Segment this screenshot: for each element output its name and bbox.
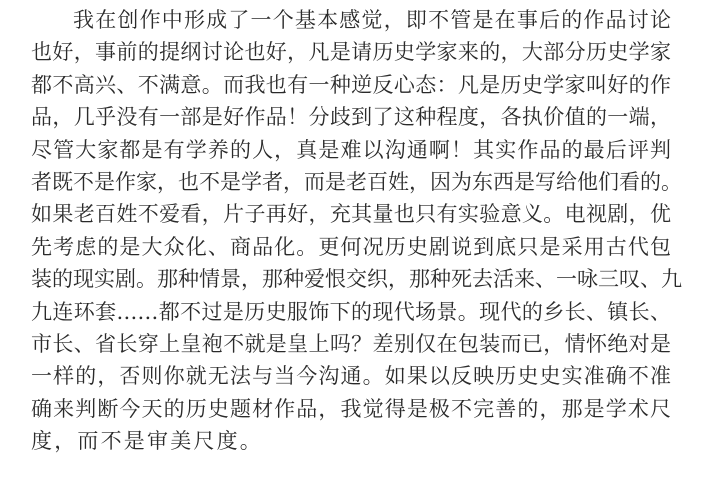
text-line: 尽管大家都是有学养的人，真是难以沟通啊！其实作品的最后评判 bbox=[31, 134, 671, 166]
text-line: 者既不是作家，也不是学者，而是老百姓，因为东西是写给他们看的。 bbox=[31, 166, 671, 198]
text-line: 九连环套……都不过是历史服饰下的现代场景。现代的乡长、镇长、 bbox=[31, 296, 671, 328]
text-line: 确来判断今天的历史题材作品，我觉得是极不完善的，那是学术尺 bbox=[31, 393, 671, 425]
text-line: 也好，事前的提纲讨论也好，凡是请历史学家来的，大部分历史学家 bbox=[31, 36, 671, 68]
text-line: 市长、省长穿上皇袍不就是皇上吗？差别仅在包装而已，情怀绝对是 bbox=[31, 328, 671, 360]
text-line: 装的现实剧。那种情景，那种爱恨交织，那种死去活来、一咏三叹、九 bbox=[31, 263, 671, 295]
text-line: 先考虑的是大众化、商品化。更何况历史剧说到底只是采用古代包 bbox=[31, 231, 671, 263]
text-line: 都不高兴、不满意。而我也有一种逆反心态：凡是历史学家叫好的作 bbox=[31, 69, 671, 101]
text-line: 一样的，否则你就无法与当今沟通。如果以反映历史史实准确不准 bbox=[31, 360, 671, 392]
document-page: 我在创作中形成了一个基本感觉，即不管是在事后的作品讨论 也好，事前的提纲讨论也好… bbox=[31, 4, 671, 457]
text-line: 度，而不是审美尺度。 bbox=[31, 425, 671, 457]
text-line: 我在创作中形成了一个基本感觉，即不管是在事后的作品讨论 bbox=[31, 4, 671, 36]
text-paragraph: 我在创作中形成了一个基本感觉，即不管是在事后的作品讨论 也好，事前的提纲讨论也好… bbox=[31, 4, 671, 457]
text-line: 品，几乎没有一部是好作品！分歧到了这种程度，各执价值的一端， bbox=[31, 101, 671, 133]
text-line: 如果老百姓不爱看，片子再好，充其量也只有实验意义。电视剧，优 bbox=[31, 198, 671, 230]
